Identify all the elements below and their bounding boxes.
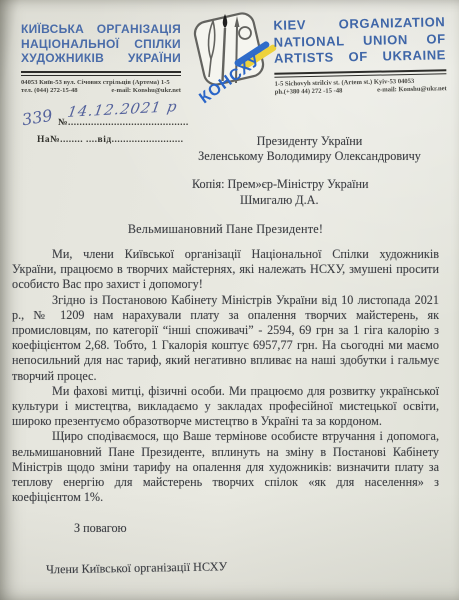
copy-recipient-name: Шмигалю Д.А. xyxy=(240,193,439,208)
divider-rule-left xyxy=(21,71,181,76)
letter-body: Ми, члени Київської організації Націонал… xyxy=(12,247,439,505)
letterhead: КИЇВСЬКА ОРГАНІЗАЦІЯ НАЦІОНАЛЬНОЇ СПІЛКИ… xyxy=(0,0,459,112)
paragraph-2: Згідно із Постановою Кабінету Міністрів … xyxy=(12,293,439,384)
paragraph-3: Ми фахові митці, фізичні особи. Ми працю… xyxy=(12,384,439,430)
reference-number-row: 339 №...................................… xyxy=(20,106,220,133)
org-phone-en: ph.(+380 44) 272 -15 -48 xyxy=(275,87,343,97)
copy-recipient-title: Копія: Прем»єр-Міністру України xyxy=(192,177,439,192)
divider-rule-right xyxy=(274,69,446,78)
paragraph-4: Щиро сподіваємося, що Ваше термінове осо… xyxy=(12,429,439,505)
scanned-letter: КИЇВСЬКА ОРГАНІЗАЦІЯ НАЦІОНАЛЬНОЇ СПІЛКИ… xyxy=(0,0,459,600)
paragraph-1: Ми, члени Київської організації Націонал… xyxy=(12,247,439,293)
copy-recipient-block: Копія: Прем»єр-Міністру України Шмигалю … xyxy=(180,177,439,207)
org-address-uk-line1: 04053 Київ-53 вул. Січових стрільців (Ар… xyxy=(21,79,181,88)
org-address-uk: 04053 Київ-53 вул. Січових стрільців (Ар… xyxy=(21,79,181,96)
salutation: Вельмишановний Пане Президенте! xyxy=(12,222,439,237)
org-logo: КОНСХУ xyxy=(176,1,282,113)
org-email-en: e-mail: Konshu@ukr.net xyxy=(377,85,447,95)
org-title-uk-line2: НАЦІОНАЛЬНОЇ СПІЛКИ xyxy=(21,37,181,52)
org-title-ukrainian-block: КИЇВСЬКА ОРГАНІЗАЦІЯ НАЦІОНАЛЬНОЇ СПІЛКИ… xyxy=(21,22,181,96)
letter-page: КИЇВСЬКА ОРГАНІЗАЦІЯ НАЦІОНАЛЬНОЇ СПІЛКИ… xyxy=(0,0,459,600)
org-email-uk: e-mail: Konshu@ukr.net xyxy=(111,87,181,96)
recipient-name: Зеленському Володимиру Олександровичу xyxy=(180,149,439,164)
signature-line: Члени Київської організації НСХУ xyxy=(46,555,439,577)
org-title-uk-line3: ХУДОЖНИКІВ УКРАЇНИ xyxy=(21,51,181,66)
recipient-title: Президенту України xyxy=(180,134,439,149)
org-title-en-line3: ARTISTS OF UKRAINE xyxy=(274,47,446,67)
handwritten-ref-number: 339 xyxy=(21,106,54,130)
org-title-english-block: KIEV ORGANIZATION NATIONAL UNION OF ARTI… xyxy=(273,14,447,97)
closing-regards: З повагою xyxy=(74,521,439,536)
org-title-uk-line1: КИЇВСЬКА ОРГАНІЗАЦІЯ xyxy=(21,22,181,37)
org-address-en: 1-5 Sichovyh strilciv st. (Artem st.) Ky… xyxy=(274,77,446,98)
recipient-block: Президенту України Зеленському Володимир… xyxy=(180,134,439,208)
palette-logo-icon: КОНСХУ xyxy=(176,1,282,113)
org-phone-uk: тел. (044) 272-15-48 xyxy=(21,87,78,96)
letter-content: Президенту України Зеленському Володимир… xyxy=(12,134,439,574)
